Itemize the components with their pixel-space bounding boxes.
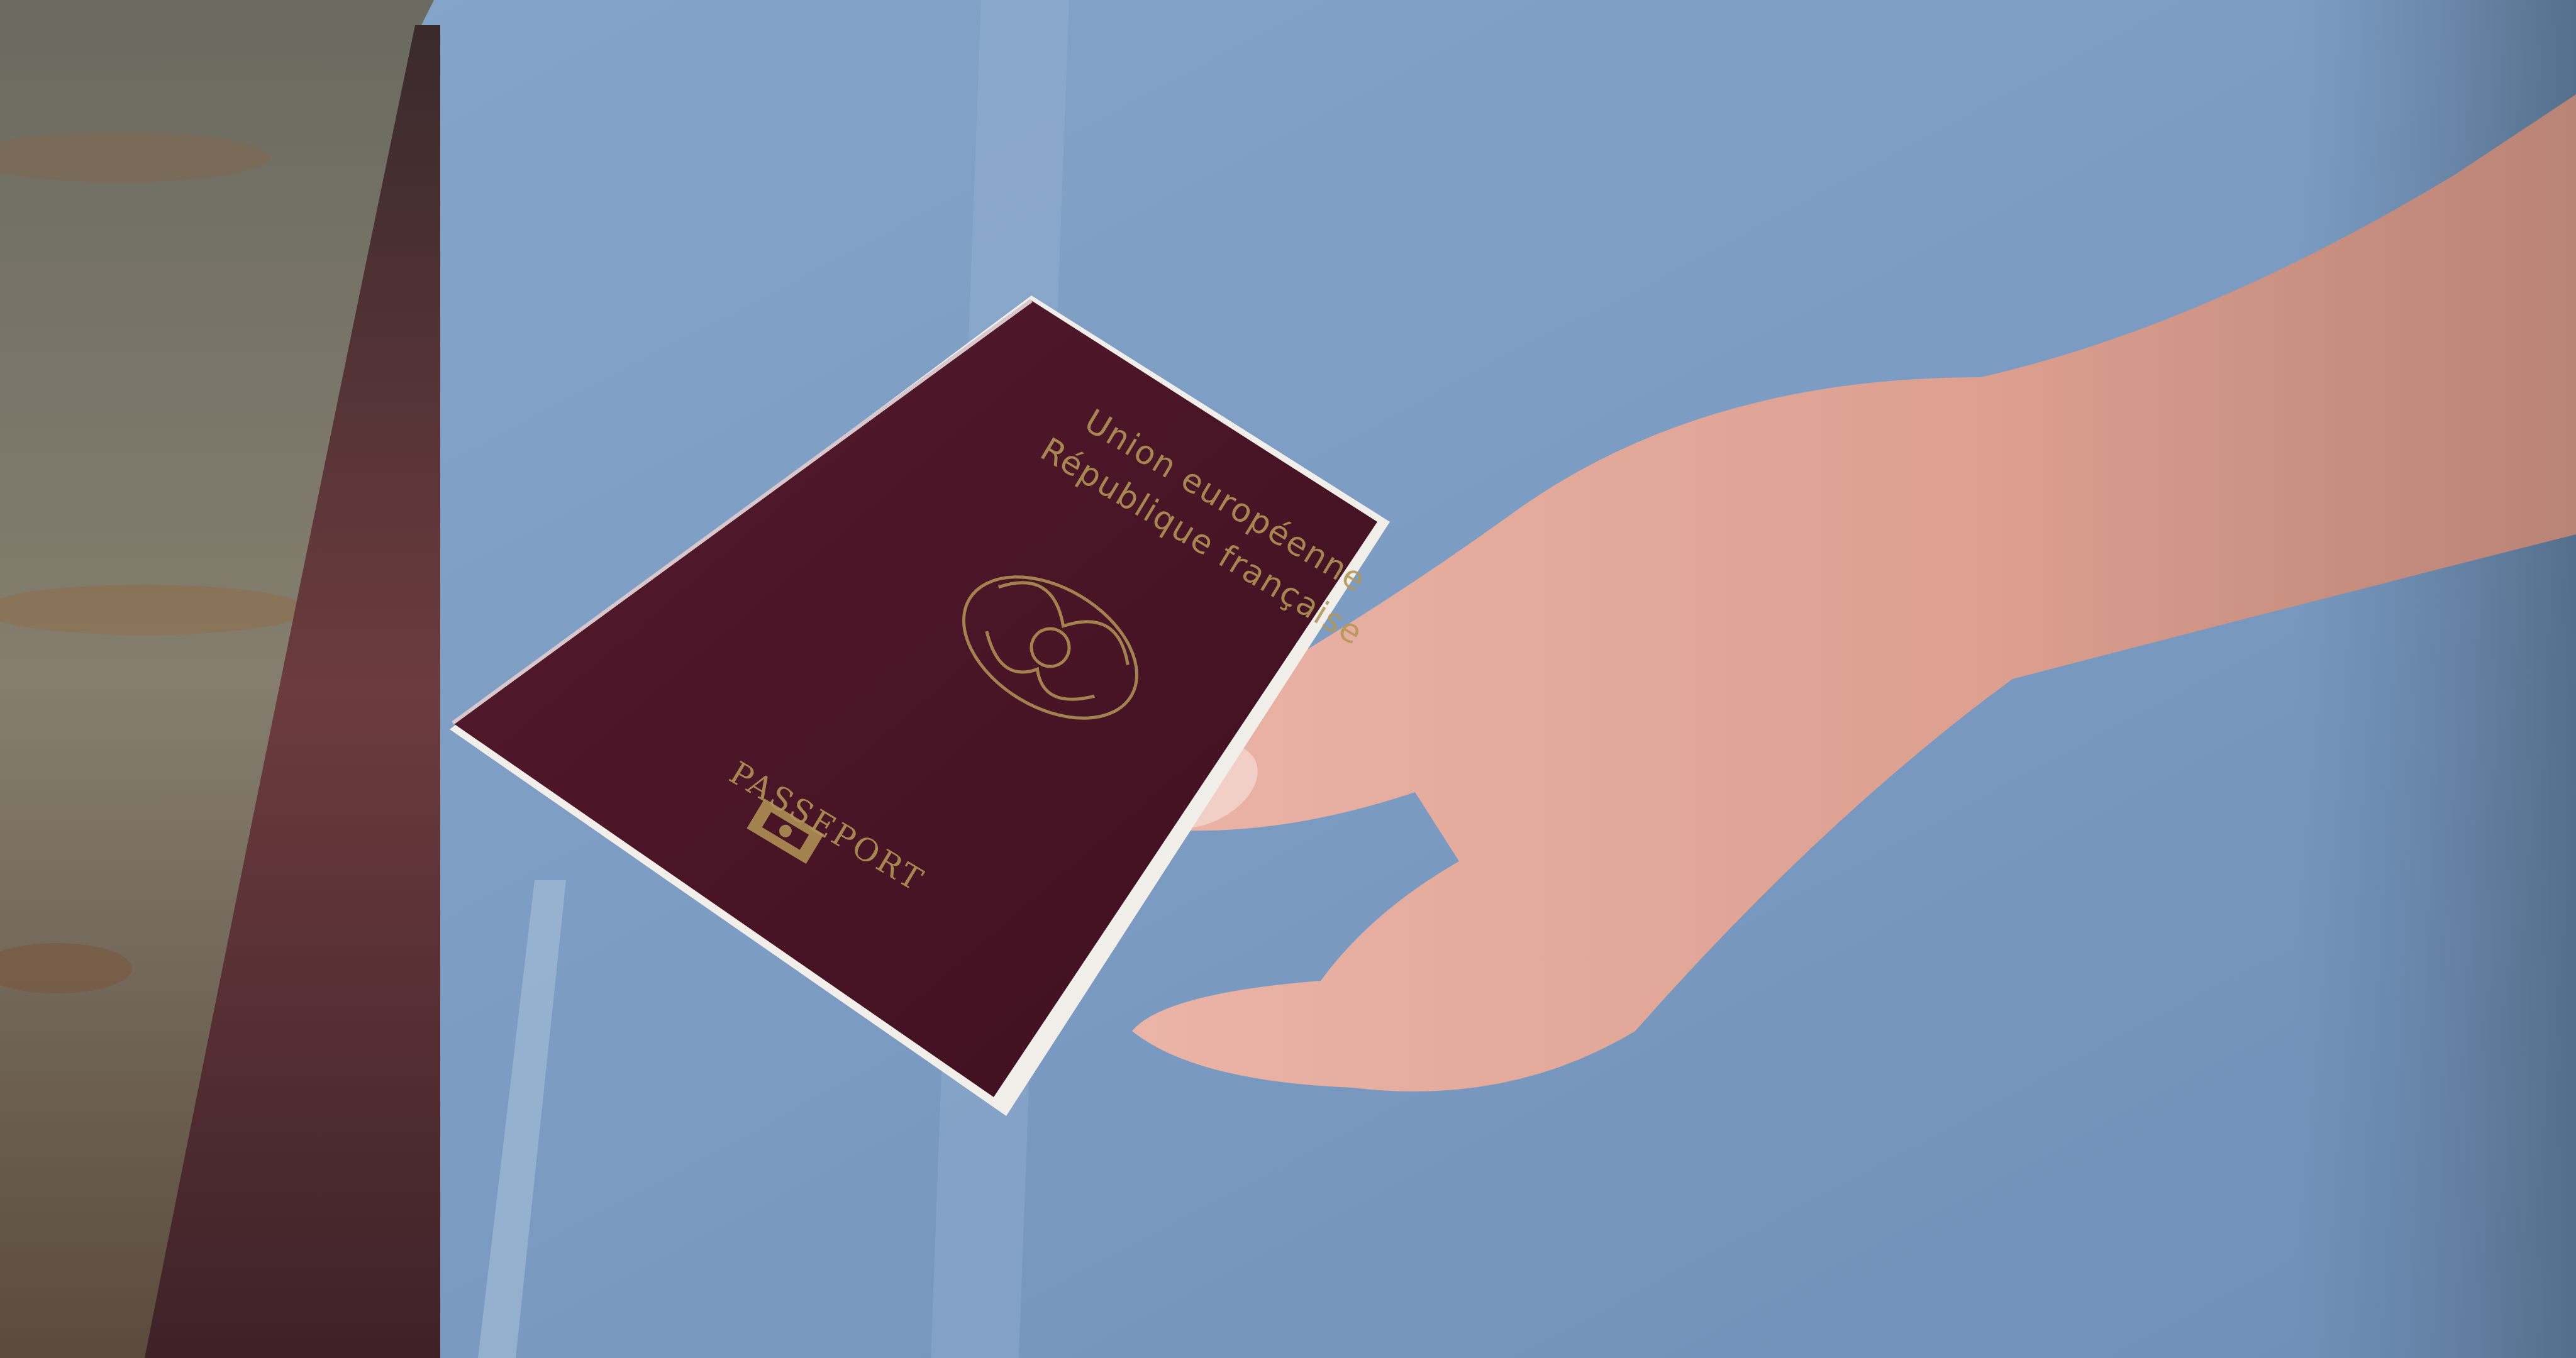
- photo-scene: Union européenne République française PA…: [0, 0, 2576, 1358]
- photo-illustration: [0, 0, 2576, 1358]
